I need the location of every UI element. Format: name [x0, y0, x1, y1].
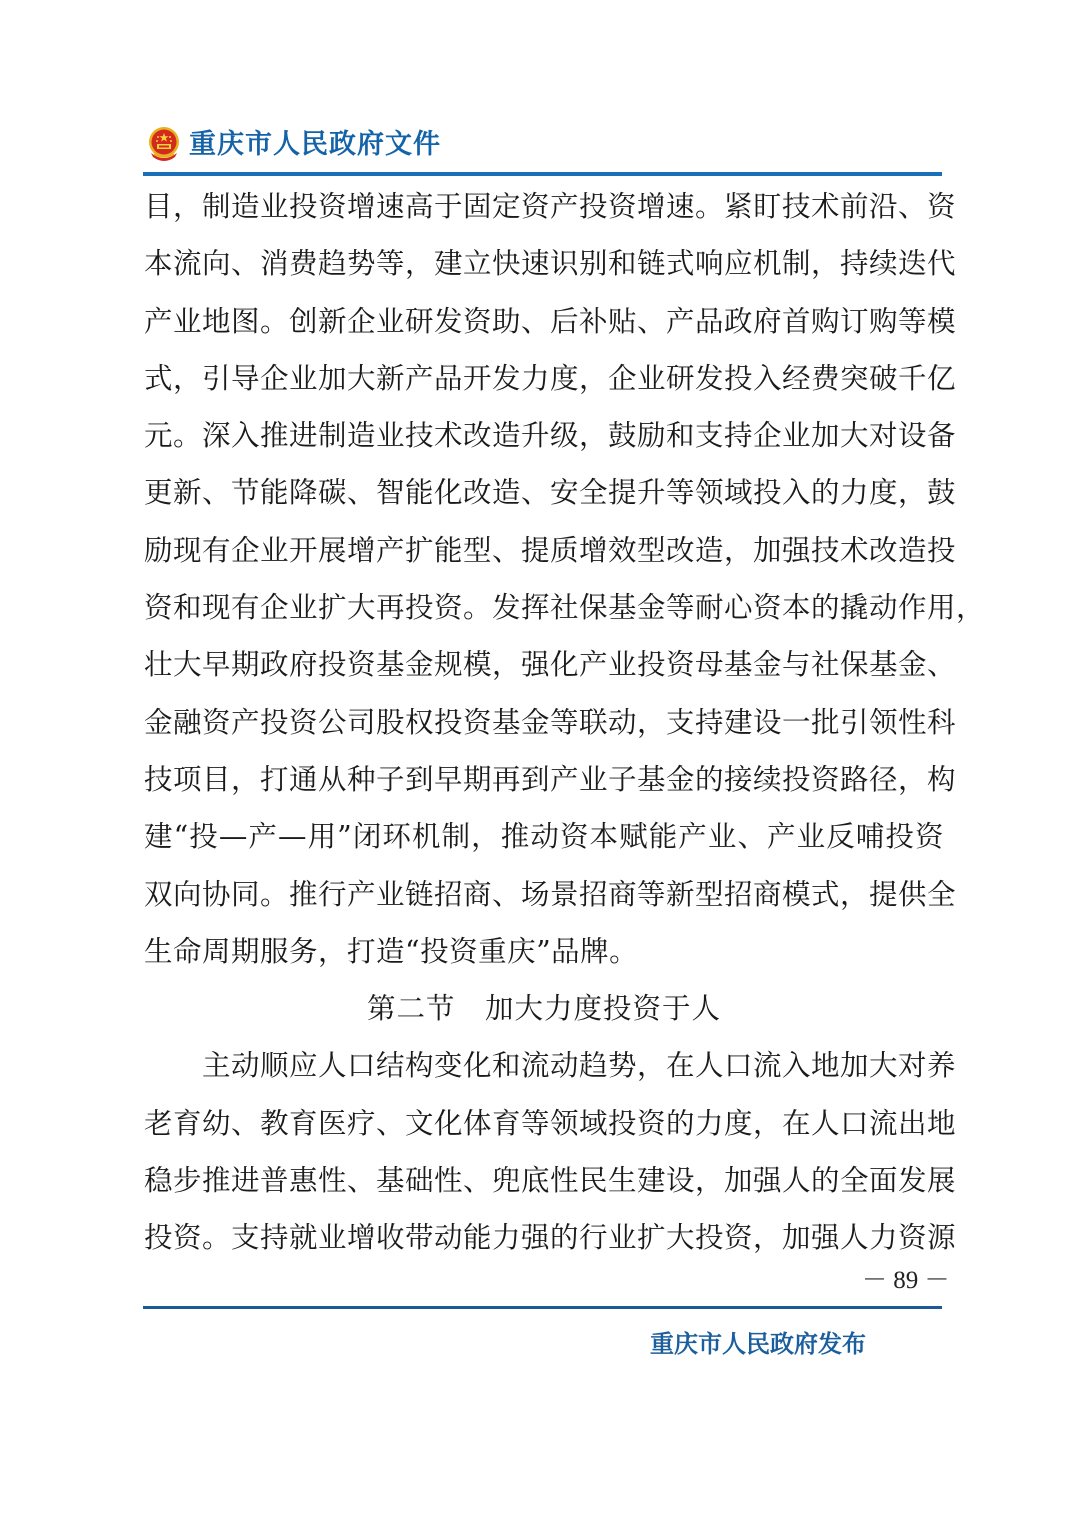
body-line: 更新、节能降碳、智能化改造、安全提升等领域投入的力度，鼓 [144, 464, 944, 521]
body-line: 产业地图。创新企业研发资助、后补贴、产品政府首购订购等模 [144, 293, 944, 350]
body-line: 元。深入推进制造业技术改造升级，鼓励和支持企业加大对设备 [144, 407, 944, 464]
national-emblem-icon [145, 125, 183, 165]
body-line: 式，引导企业加大新产品开发力度，企业研发投入经费突破千亿 [144, 350, 944, 407]
body-line: 资和现有企业扩大再投资。发挥社保基金等耐心资本的撬动作用， [144, 579, 944, 636]
document-header: 重庆市人民政府文件 [145, 122, 441, 168]
body-line: 双向协同。推行产业链招商、场景招商等新型招商模式，提供全 [144, 866, 944, 923]
body-line: 技项目，打通从种子到早期再到产业子基金的接续投资路径，构 [144, 751, 944, 808]
body-line: 励现有企业开展增产扩能型、提质增效型改造，加强技术改造投 [144, 522, 944, 579]
body-line: 壮大早期政府投资基金规模，强化产业投资母基金与社保基金、 [144, 636, 944, 693]
header-divider [143, 172, 942, 176]
section-line: 老育幼、教育医疗、文化体育等领域投资的力度，在人口流出地 [144, 1095, 944, 1152]
body-line: 建“投—产—用”闭环机制，推动资本赋能产业、产业反哺投资 [144, 808, 944, 865]
section-heading: 第二节 加大力度投资于人 [144, 980, 944, 1037]
body-line: 生命周期服务，打造“投资重庆”品牌。 [144, 923, 944, 980]
document-body: 目，制造业投资增速高于固定资产投资增速。紧盯技术前沿、资 本流向、消费趋势等，建… [144, 178, 944, 1267]
body-line: 金融资产投资公司股权投资基金等联动，支持建设一批引领性科 [144, 694, 944, 751]
footer-divider [143, 1306, 942, 1309]
body-line: 本流向、消费趋势等，建立快速识别和链式响应机制，持续迭代 [144, 235, 944, 292]
section-line: 主动顺应人口结构变化和流动趋势，在人口流入地加大对养 [144, 1037, 944, 1094]
page-number: － 89 － [862, 1264, 942, 1298]
footer-publisher: 重庆市人民政府发布 [650, 1326, 866, 1362]
section-line: 稳步推进普惠性、基础性、兜底性民生建设，加强人的全面发展 [144, 1152, 944, 1209]
document-header-title: 重庆市人民政府文件 [189, 122, 441, 168]
section-line: 投资。支持就业增收带动能力强的行业扩大投资，加强人力资源 [144, 1209, 944, 1266]
body-line: 目，制造业投资增速高于固定资产投资增速。紧盯技术前沿、资 [144, 178, 944, 235]
